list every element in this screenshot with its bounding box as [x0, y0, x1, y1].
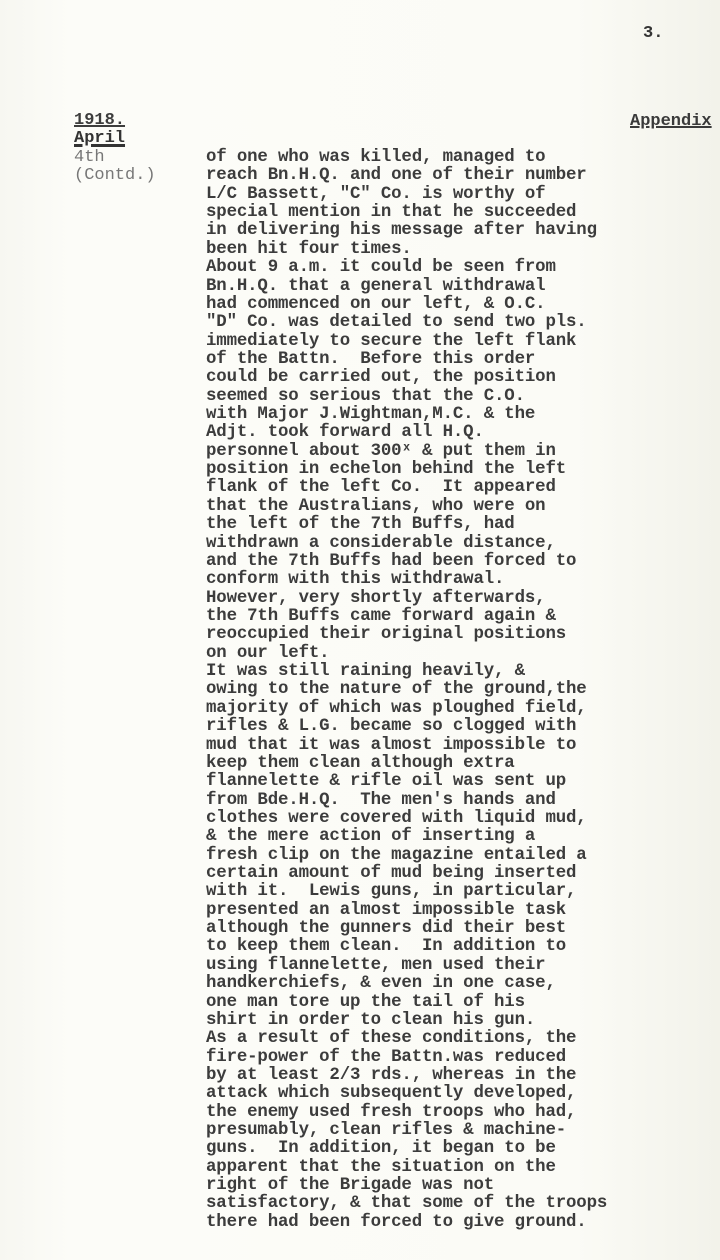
- text-line: apparent that the situation on the: [206, 1159, 607, 1177]
- text-line: of one who was killed, managed to: [206, 149, 607, 167]
- text-line: majority of which was ploughed field,: [206, 700, 607, 718]
- text-line: of the Battn. Before this order: [206, 351, 607, 369]
- text-line: mud that it was almost impossible to: [206, 737, 607, 755]
- text-line: been hit four times.: [206, 241, 607, 259]
- text-line: by at least 2/3 rds., whereas in the: [206, 1067, 607, 1085]
- text-line: although the gunners did their best: [206, 920, 607, 938]
- text-line: Adjt. took forward all H.Q.: [206, 424, 607, 442]
- text-line: fresh clip on the magazine entailed a: [206, 847, 607, 865]
- text-line: there had been forced to give ground.: [206, 1214, 607, 1232]
- text-line: using flannelette, men used their: [206, 957, 607, 975]
- date-margin: 1918. April 4th (Contd.): [74, 112, 156, 186]
- text-line: Bn.H.Q. that a general withdrawal: [206, 278, 607, 296]
- text-line: with it. Lewis guns, in particular,: [206, 883, 607, 901]
- text-line: shirt in order to clean his gun.: [206, 1012, 607, 1030]
- text-line: flannelette & rifle oil was sent up: [206, 773, 607, 791]
- text-line: in delivering his message after having: [206, 222, 607, 240]
- text-line: on our left.: [206, 645, 607, 663]
- text-line: right of the Brigade was not: [206, 1177, 607, 1195]
- text-line: "D" Co. was detailed to send two pls.: [206, 314, 607, 332]
- text-line: clothes were covered with liquid mud,: [206, 810, 607, 828]
- text-line: However, very shortly afterwards,: [206, 590, 607, 608]
- text-line: that the Australians, who were on: [206, 498, 607, 516]
- text-line: seemed so serious that the C.O.: [206, 388, 607, 406]
- text-line: conform with this withdrawal.: [206, 571, 607, 589]
- margin-day: 4th: [74, 149, 156, 167]
- body-text: of one who was killed, managed toreach B…: [206, 149, 607, 1232]
- text-line: and the 7th Buffs had been forced to: [206, 553, 607, 571]
- margin-year: 1918.: [74, 112, 156, 130]
- text-line: presumably, clean rifles & machine-: [206, 1122, 607, 1140]
- text-line: certain amount of mud being inserted: [206, 865, 607, 883]
- text-line: satisfactory, & that some of the troops: [206, 1195, 607, 1213]
- text-line: presented an almost impossible task: [206, 902, 607, 920]
- text-line: the enemy used fresh troops who had,: [206, 1104, 607, 1122]
- text-line: personnel about 300ˣ & put them in: [206, 443, 607, 461]
- text-line: reach Bn.H.Q. and one of their number: [206, 167, 607, 185]
- text-line: the 7th Buffs came forward again &: [206, 608, 607, 626]
- text-line: from Bde.H.Q. The men's hands and: [206, 792, 607, 810]
- text-line: attack which subsequently developed,: [206, 1085, 607, 1103]
- document-page: 3. Appendix 1918. April 4th (Contd.) of …: [0, 0, 720, 1260]
- text-line: About 9 a.m. it could be seen from: [206, 259, 607, 277]
- text-line: immediately to secure the left flank: [206, 333, 607, 351]
- text-line: & the mere action of inserting a: [206, 828, 607, 846]
- text-line: handkerchiefs, & even in one case,: [206, 975, 607, 993]
- text-line: the left of the 7th Buffs, had: [206, 516, 607, 534]
- margin-contd-note: (Contd.): [74, 167, 156, 185]
- text-line: one man tore up the tail of his: [206, 994, 607, 1012]
- text-line: could be carried out, the position: [206, 369, 607, 387]
- text-line: It was still raining heavily, &: [206, 663, 607, 681]
- text-line: special mention in that he succeeded: [206, 204, 607, 222]
- text-line: rifles & L.G. became so clogged with: [206, 718, 607, 736]
- page-number: 3.: [643, 24, 663, 43]
- text-line: fire-power of the Battn.was reduced: [206, 1049, 607, 1067]
- margin-month: April: [74, 130, 156, 148]
- text-line: to keep them clean. In addition to: [206, 938, 607, 956]
- text-line: withdrawn a considerable distance,: [206, 535, 607, 553]
- text-line: had commenced on our left, & O.C.: [206, 296, 607, 314]
- text-line: As a result of these conditions, the: [206, 1030, 607, 1048]
- text-line: owing to the nature of the ground,the: [206, 681, 607, 699]
- text-line: flank of the left Co. It appeared: [206, 479, 607, 497]
- text-line: with Major J.Wightman,M.C. & the: [206, 406, 607, 424]
- text-line: position in echelon behind the left: [206, 461, 607, 479]
- text-line: guns. In addition, it began to be: [206, 1140, 607, 1158]
- text-line: reoccupied their original positions: [206, 626, 607, 644]
- text-line: L/C Bassett, "C" Co. is worthy of: [206, 186, 607, 204]
- text-line: keep them clean although extra: [206, 755, 607, 773]
- appendix-heading: Appendix: [630, 112, 712, 131]
